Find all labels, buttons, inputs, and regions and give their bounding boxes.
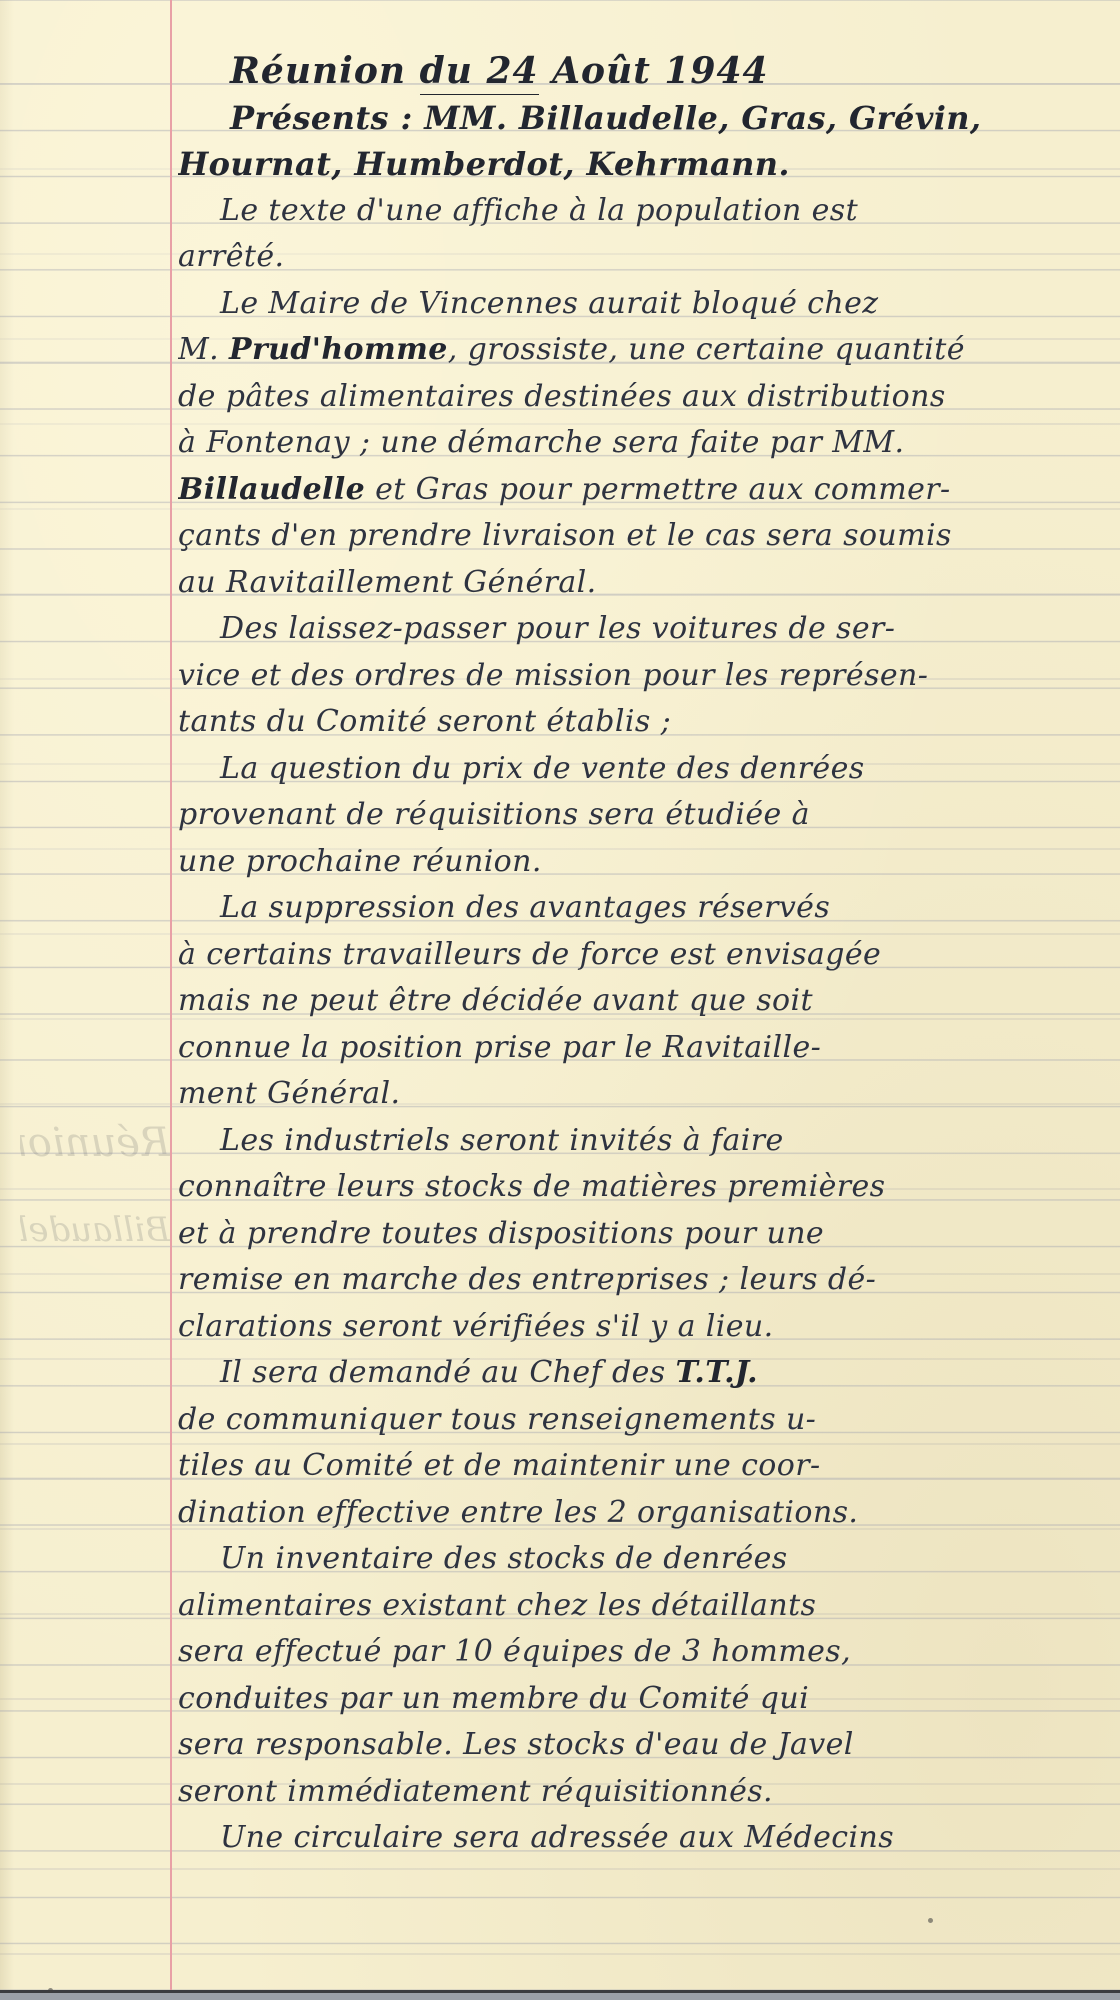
text-line: La question du prix de vente des denrées (178, 746, 1118, 793)
text-line: au Ravitaillement Général. (178, 560, 1118, 607)
text-line: conduites par un membre du Comité qui (178, 1676, 1118, 1723)
emphasized-name: Billaudelle (178, 472, 365, 507)
page-title: Réunion du 24 Août 1944 (178, 48, 1118, 95)
text-line: La suppression des avantages réservés (178, 885, 1118, 932)
text-line: Billaudelle et Gras pour permettre aux c… (178, 467, 1118, 514)
title-prefix: Réunion (230, 50, 420, 92)
text-line: clarations seront vérifiées s'il y a lie… (178, 1304, 1118, 1351)
text-line: Il sera demandé au Chef des T.T.J. (178, 1350, 1118, 1397)
text-line: mais ne peut être décidée avant que soit (178, 978, 1118, 1025)
text-line: connaître leurs stocks de matières premi… (178, 1164, 1118, 1211)
text-line: Les industriels seront invités à faire (178, 1118, 1118, 1165)
text-line: à certains travailleurs de force est env… (178, 932, 1118, 979)
bleed-through-text: Réunion du 24 Août 1944 (20, 1120, 170, 1166)
text-line: dination effective entre les 2 organisat… (178, 1490, 1118, 1537)
text-line: alimentaires existant chez les détaillan… (178, 1583, 1118, 1630)
text-line: tants du Comité seront établis ; (178, 699, 1118, 746)
text-line: arrêté. (178, 234, 1118, 281)
text-line: une prochaine réunion. (178, 839, 1118, 886)
text-line: seront immédiatement réquisitionnés. (178, 1769, 1118, 1816)
ink-speck (928, 1918, 933, 1923)
emphasized-name: T.T.J. (676, 1355, 759, 1390)
text-line: connue la position prise par le Ravitail… (178, 1025, 1118, 1072)
manuscript-body: Réunion du 24 Août 1944 Présents : MM. B… (178, 48, 1118, 1862)
text-line: provenant de réquisitions sera étudiée à (178, 792, 1118, 839)
text-line: de pâtes alimentaires destinées aux dist… (178, 374, 1118, 421)
title-date-underlined: du 24 (420, 50, 539, 95)
text-line: sera responsable. Les stocks d'eau de Ja… (178, 1722, 1118, 1769)
text-line: à Fontenay ; une démarche sera faite par… (178, 420, 1118, 467)
red-margin-line (170, 0, 172, 1990)
text-line: remise en marche des entreprises ; leurs… (178, 1257, 1118, 1304)
text-line: vice et des ordres de mission pour les r… (178, 653, 1118, 700)
emphasized-name: Prud'homme (229, 332, 448, 367)
text-line: Le texte d'une affiche à la population e… (178, 188, 1118, 235)
text-line: Une circulaire sera adressée aux Médecin… (178, 1815, 1118, 1862)
text-line: et à prendre toutes dispositions pour un… (178, 1211, 1118, 1258)
text-line: M. Prud'homme, grossiste, une certaine q… (178, 327, 1118, 374)
text-line: çants d'en prendre livraison et le cas s… (178, 513, 1118, 560)
text-line: sera effectué par 10 équipes de 3 hommes… (178, 1629, 1118, 1676)
text-line: Des laissez-passer pour les voitures de … (178, 606, 1118, 653)
text-line: tiles au Comité et de maintenir une coor… (178, 1443, 1118, 1490)
text-line: Un inventaire des stocks de denrées (178, 1536, 1118, 1583)
attendees-line: Hournat, Humberdot, Kehrmann. (178, 141, 1118, 188)
attendees-line: Présents : MM. Billaudelle, Gras, Grévin… (178, 95, 1118, 142)
text-line: Le Maire de Vincennes aurait bloqué chez (178, 281, 1118, 328)
scanner-bed-edge (0, 1993, 1120, 2000)
text-line: ment Général. (178, 1071, 1118, 1118)
title-suffix: Août 1944 (539, 50, 769, 92)
text-line: de communiquer tous renseignements u- (178, 1397, 1118, 1444)
bleed-through-text: Billaudelle, Gras (20, 1210, 170, 1250)
notebook-page: Réunion du 24 Août 1944 Billaudelle, Gra… (0, 0, 1120, 1993)
